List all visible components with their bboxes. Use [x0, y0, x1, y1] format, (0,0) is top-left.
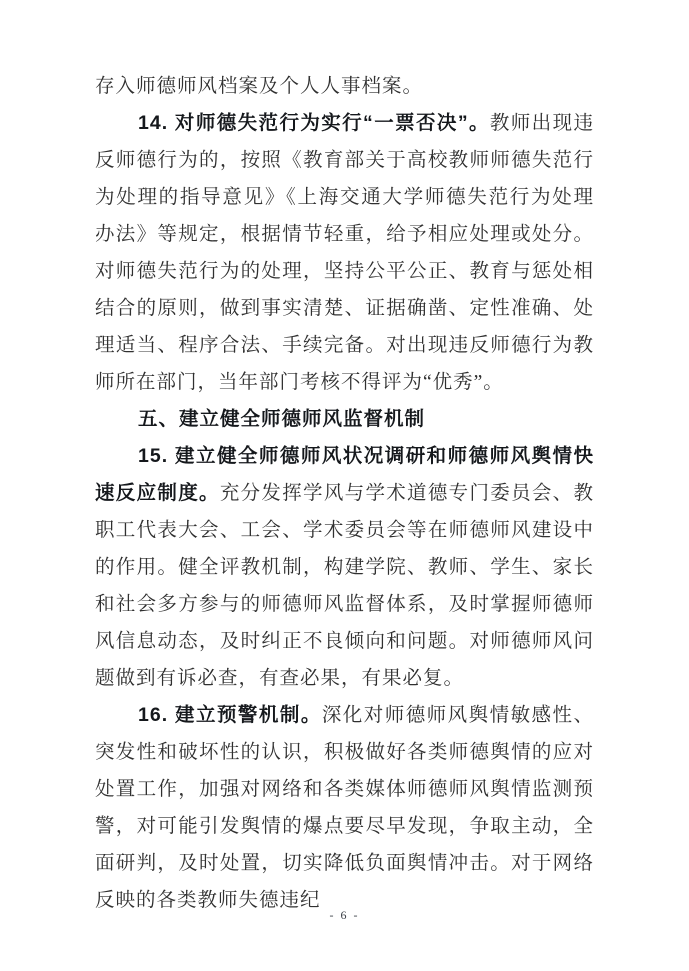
paragraph-continuation: 存入师德师风档案及个人人事档案。	[95, 68, 594, 105]
paragraph-item-15: 15. 建立健全师德师风状况调研和师德师风舆情快速反应制度。充分发挥学风与学术道…	[95, 438, 594, 697]
paragraph-item-14: 14. 对师德失范行为实行“一票否决”。教师出现违反师德行为的，按照《教育部关于…	[95, 105, 594, 401]
document-body: 存入师德师风档案及个人人事档案。 14. 对师德失范行为实行“一票否决”。教师出…	[95, 68, 594, 919]
document-page: 存入师德师风档案及个人人事档案。 14. 对师德失范行为实行“一票否决”。教师出…	[0, 0, 689, 971]
item-15-body-text: 充分发挥学风与学术道德专门委员会、教职工代表大会、工会、学术委员会等在师德师风建…	[95, 483, 594, 689]
item-14-body-text: 教师出现违反师德行为的，按照《教育部关于高校教师师德失范行为处理的指导意见》《上…	[95, 113, 594, 393]
paragraph-item-16: 16. 建立预警机制。深化对师德师风舆情敏感性、突发性和破坏性的认识，积极做好各…	[95, 697, 594, 919]
item-16-body-text: 深化对师德师风舆情敏感性、突发性和破坏性的认识，积极做好各类师德舆情的应对处置工…	[95, 705, 594, 911]
item-14-lead-heading: 14. 对师德失范行为实行“一票否决”。	[138, 112, 490, 134]
section-heading-5-text: 五、建立健全师德师风监督机制	[138, 408, 425, 430]
item-16-lead-heading: 16. 建立预警机制。	[138, 704, 322, 726]
section-heading-5: 五、建立健全师德师风监督机制	[95, 401, 594, 438]
page-number: - 6 -	[0, 908, 689, 923]
